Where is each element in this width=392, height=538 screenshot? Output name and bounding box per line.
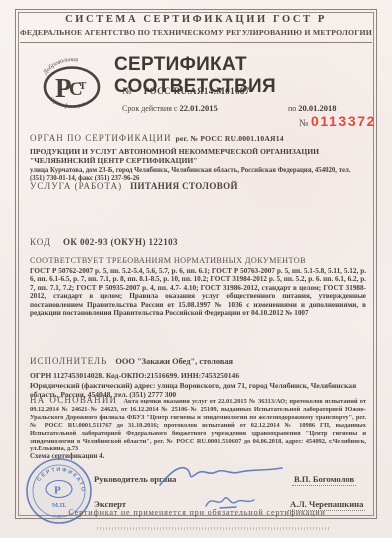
certification-body-section: ОРГАН ПО СЕРТИФИКАЦИИ рег. № РОСС RU.000… [30,128,364,183]
certification-system-title: СИСТЕМА СЕРТИФИКАЦИИ ГОСТ Р [20,14,372,25]
printer-fine-print-line [97,527,329,530]
basis-text: Акта оценки оказания услуг от 22.01.2015… [30,398,366,452]
head-of-body-name: В.П. Богомолов [292,474,356,486]
basis-section: НА ОСНОВАНИИ Акта оценки оказания услуг … [30,397,366,453]
compliance-section: СООТВЕТСТВУЕТ ТРЕБОВАНИЯМ НОРМАТИВНЫХ ДО… [30,256,366,317]
mandatory-certification-note: Сертификат не применяется при обязательн… [16,508,378,517]
certification-body-label: ОРГАН ПО СЕРТИФИКАЦИИ [30,133,171,143]
from-label: с [174,104,178,113]
number-sign: № [122,86,132,97]
validity-row: Срок действия с 22.01.2015 [122,103,218,113]
to-label: по [288,104,296,113]
executor-name: ООО "Закажи Обед", столовая [115,357,233,366]
code-label: КОД [30,237,51,247]
logo-letter-t: Т [79,80,87,92]
certification-body-reg-number: рег. № РОСС RU.0001.10АЯ14 [175,134,283,143]
valid-to-date: 20.01.2018 [298,103,336,113]
certificate-frame: СИСТЕМА СЕРТИФИКАЦИИ ГОСТ Р ФЕДЕРАЛЬНОЕ … [15,9,377,519]
valid-from-date: 22.01.2015 [179,103,217,113]
certification-body-name: ПРОДУКЦИИ И УСЛУГ АВТОНОМНОЙ НЕКОММЕРЧЕС… [30,147,364,165]
code-section: КОД ОК 002-93 (ОКУН) 122103 [30,232,178,250]
compliance-label: СООТВЕТСТВУЕТ ТРЕБОВАНИЯМ НОРМАТИВНЫХ ДО… [30,256,366,265]
service-label: УСЛУГА (РАБОТА) [30,181,122,191]
executor-registration-ids: ОГРН 1127453014028. Код-ОКПО:21516699. И… [30,371,360,380]
executor-label: ИСПОЛНИТЕЛЬ [30,356,107,366]
rst-voluntary-certification-logo: Добровольная Р С Т сертификация [32,52,112,120]
valid-to-block: по 20.01.2018 [288,103,337,113]
certificate-number-row: № РОСС RU.АЯ14.М01687 [122,86,250,97]
service-value: ПИТАНИЯ СТОЛОВОЙ [130,181,238,191]
head-signature [158,462,288,488]
document-header: СИСТЕМА СЕРТИФИКАЦИИ ГОСТ Р ФЕДЕРАЛЬНОЕ … [20,14,372,43]
basis-label: НА ОСНОВАНИИ [30,395,117,405]
code-value: ОК 002-93 (ОКУН) 122103 [63,237,178,247]
validity-label: Срок действия [122,104,172,113]
blank-serial-number: 0113372 [311,113,376,129]
agency-title: ФЕДЕРАЛЬНОЕ АГЕНТСТВО ПО ТЕХНИЧЕСКОМУ РЕ… [20,28,372,37]
certificate-scan: { "colors": { "paper": "#f5f0ed", "frame… [0,0,392,538]
certificate-number: РОСС RU.АЯ14.М01687 [144,86,250,96]
executor-section: ИСПОЛНИТЕЛЬ ООО "Закажи Обед", столовая … [30,351,360,399]
blank-serial-row: № 0113372 [299,113,376,129]
service-section: УСЛУГА (РАБОТА) ПИТАНИЯ СТОЛОВОЙ [30,176,238,194]
compliance-standards-text: ГОСТ Р 50762-2007 р. 5, пп. 5.2-5.4, 5.6… [30,267,366,317]
stamp-letter: Р [54,485,61,497]
